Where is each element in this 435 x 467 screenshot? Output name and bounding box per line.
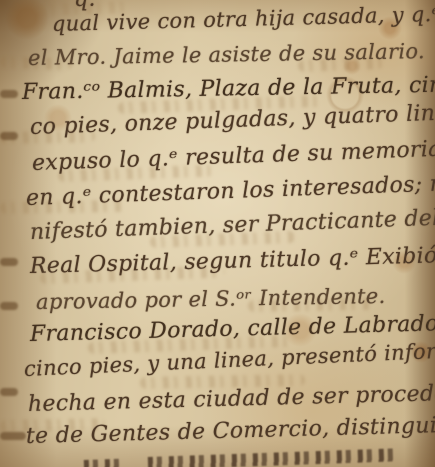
gutter-ink-mark xyxy=(0,258,18,266)
manuscript-line-12: hecha en esta ciudad de ser proceden- xyxy=(28,380,435,417)
gutter-ink-mark xyxy=(0,302,18,310)
manuscript-line-5: expuso lo q.ᵉ resulta de su memorial xyxy=(32,136,435,176)
clipped-bottom-line xyxy=(148,448,398,467)
clipped-bottom-line xyxy=(84,459,124,467)
manuscript-line-8: Real Ospital, segun titulo q.ᵉ Exibió xyxy=(30,243,435,279)
gutter-ink-mark xyxy=(0,432,26,440)
gutter-ink-mark xyxy=(0,90,18,98)
manuscript-line-3: Fran.ᶜᵒ Balmis, Plaza de la Fruta, cin- xyxy=(22,73,435,105)
manuscript-photo: q. qual vive con otra hija casada, y q.ᵉ… xyxy=(0,0,435,467)
gutter-ink-mark xyxy=(0,388,18,396)
gutter-ink-mark xyxy=(0,132,18,140)
